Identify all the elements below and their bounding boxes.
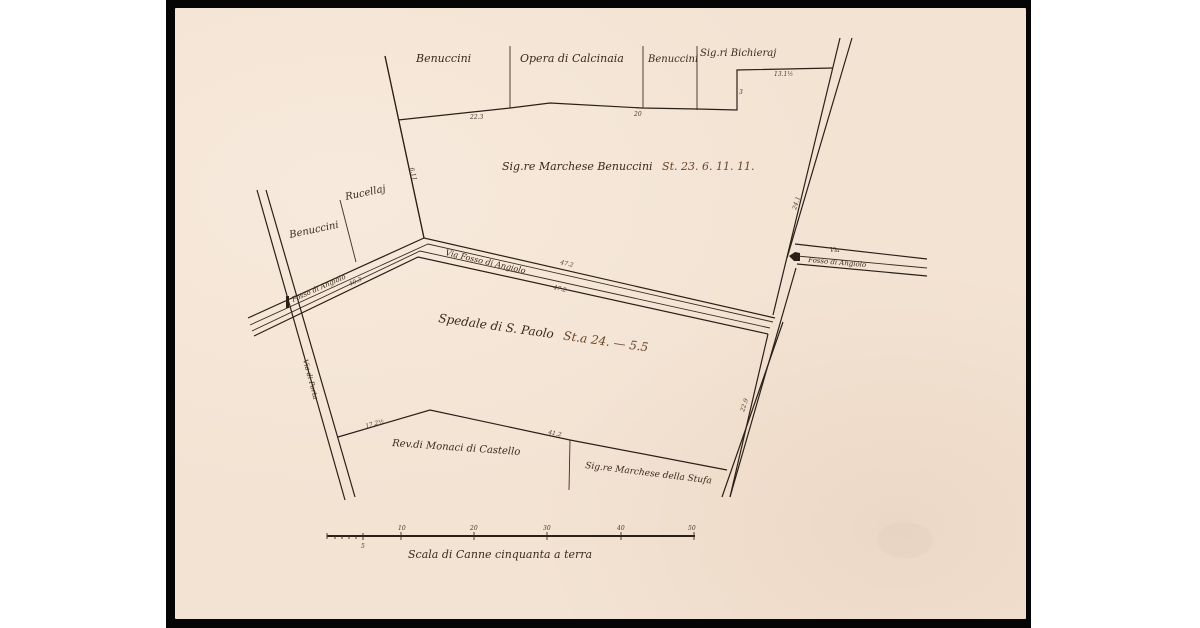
measure-right-road-lower: 22.9 (739, 398, 750, 414)
left-upper-parcels (340, 56, 424, 262)
scale-tick-30: 30 (543, 525, 551, 532)
label-benuccini-left: Benuccini (287, 220, 339, 241)
scale-caption: Scala di Canne cinquanta a terra (408, 548, 592, 561)
label-benuccini-small: Benuccini (647, 54, 698, 65)
north-parcel-boundaries (385, 46, 833, 238)
scale-bar: 5 10 20 30 40 50 Scala di Canne cinquant… (327, 525, 696, 561)
label-marchese-stufa: Sig.re Marchese della Stufa (585, 461, 713, 486)
paper-stain (877, 522, 933, 558)
measure-top-mid: 20 (633, 111, 642, 118)
measure-fosso-left-lower: 40.3 (347, 276, 363, 288)
scale-tick-50: 50 (688, 525, 696, 532)
label-monaci-castello: Rev.di Monaci di Castello (391, 438, 521, 458)
measure-right-fosso: Via (830, 247, 840, 254)
label-spedale-s-paolo: Spedale di S. Paolo St.a 24. — 5.5 (438, 311, 650, 354)
south-parcel-boundaries (338, 334, 768, 497)
measure-step-vertical: 3 (739, 89, 743, 96)
survey-map: 5 10 20 30 40 50 Scala di Canne cinquant… (0, 0, 1200, 628)
measure-bottom-left: 17.2½ (365, 418, 386, 430)
measure-top-left: 22.3 (469, 114, 484, 121)
scale-tick-10: 10 (398, 525, 406, 532)
label-rucellaj: Rucellaj (343, 184, 386, 203)
measure-left-edge: 6.11 (408, 167, 418, 182)
scale-tick-40: 40 (616, 525, 625, 532)
label-marchese-benuccini: Sig.re Marchese Benuccini St. 23. 6. 11.… (502, 160, 754, 173)
measure-fosso-lower: 47.2 (552, 284, 568, 294)
measure-bottom-mid: 41.2 (547, 429, 563, 439)
scale-tick-20: 20 (469, 525, 478, 532)
measure-fosso-upper: 47.2 (559, 259, 575, 269)
scale-tick-5: 5 (361, 543, 365, 550)
label-benuccini-top: Benuccini (415, 52, 471, 65)
measure-top-right-step: 13.1½ (774, 71, 793, 78)
label-opera-calcinaia: Opera di Calcinaia (520, 52, 624, 65)
label-bichieraj: Sig.ri Bichieraj (700, 48, 776, 59)
